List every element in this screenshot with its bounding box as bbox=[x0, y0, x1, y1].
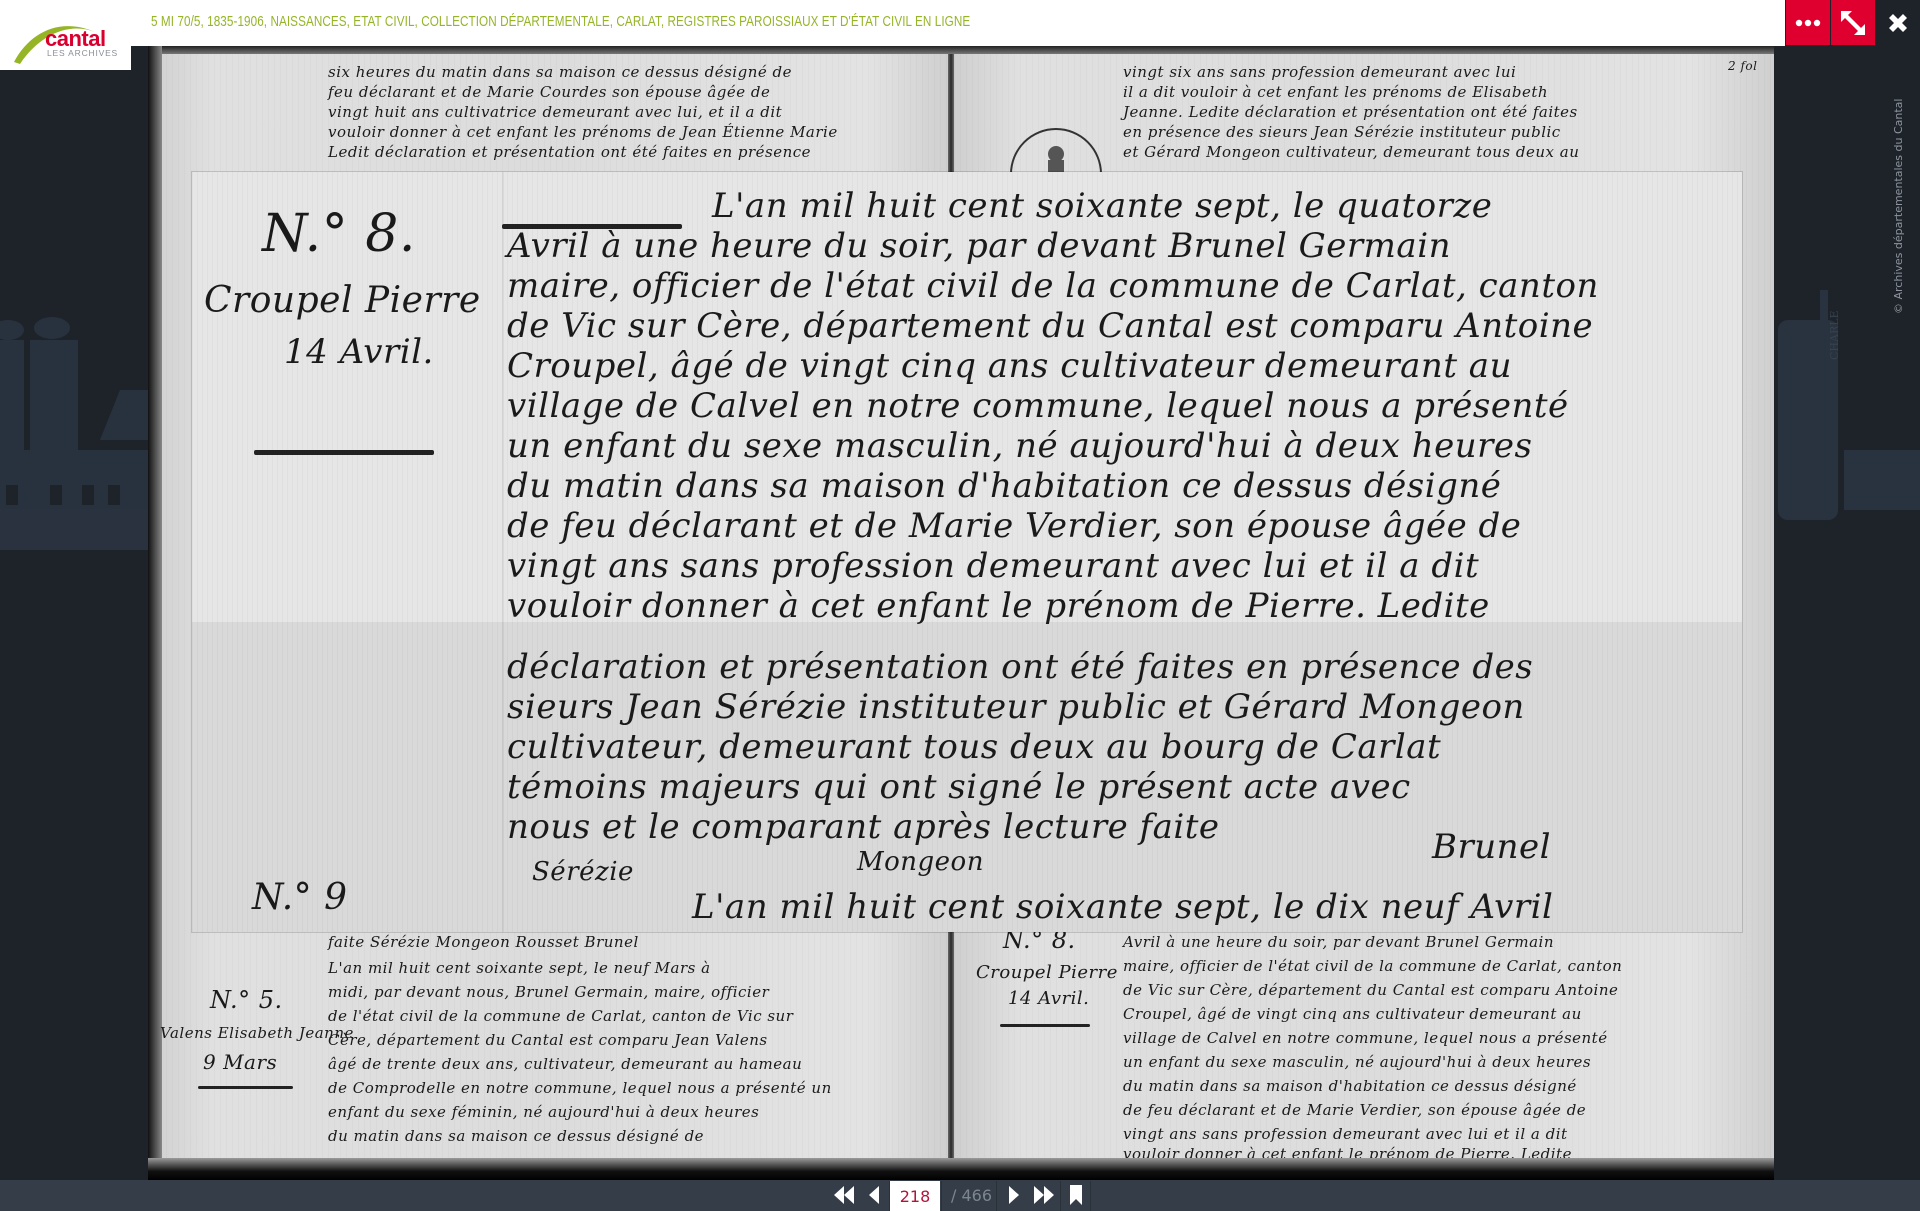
handwritten-line: enfant du sexe féminin, né aujourd'hui à… bbox=[328, 1102, 759, 1122]
ellipsis-icon bbox=[1795, 19, 1821, 27]
handwritten-line: maire, officier de l'état civil de la co… bbox=[1123, 956, 1622, 976]
entry-name: Valens Elisabeth Jeanne bbox=[160, 1024, 354, 1042]
inset-line: L'an mil huit cent soixante sept, le qua… bbox=[712, 186, 1492, 226]
handwritten-line: vingt ans sans profession demeurant avec… bbox=[1123, 1124, 1568, 1144]
more-options-button[interactable] bbox=[1786, 0, 1830, 45]
close-button[interactable] bbox=[1876, 0, 1920, 45]
separator bbox=[1090, 1181, 1091, 1211]
handwritten-line: Jeanne. Ledite déclaration et présentati… bbox=[1123, 102, 1578, 122]
magnified-region-overlay[interactable]: N.° 8. Croupel Pierre 14 Avril. L'an mil… bbox=[192, 172, 1742, 932]
handwritten-line: vingt huit ans cultivatrice demeurant av… bbox=[328, 102, 782, 122]
handwritten-line: de l'état civil de la commune de Carlat,… bbox=[328, 1006, 793, 1026]
background-watermark-illustration bbox=[0, 200, 148, 580]
page-top-edge bbox=[148, 46, 1774, 54]
handwritten-line: de feu déclarant et de Marie Verdier, so… bbox=[1123, 1100, 1586, 1120]
page-left-edge bbox=[148, 46, 162, 1180]
first-page-button[interactable] bbox=[830, 1182, 858, 1208]
inset-line: de Vic sur Cère, département du Cantal e… bbox=[507, 306, 1593, 346]
entry-name: Croupel Pierre bbox=[976, 962, 1118, 983]
handwritten-line: un enfant du sexe masculin, né aujourd'h… bbox=[1123, 1052, 1591, 1072]
chevron-left-icon bbox=[868, 1186, 880, 1204]
handwritten-line: âgé de trente deux ans, cultivateur, dem… bbox=[328, 1054, 802, 1074]
header-bar: 5 MI 70/5, 1835-1906, NAISSANCES, ETAT C… bbox=[0, 0, 1785, 46]
entry-number: N.° 5. bbox=[210, 986, 283, 1014]
inset-line: Croupel, âgé de vingt cinq ans cultivate… bbox=[507, 346, 1512, 386]
margin-rule bbox=[198, 1086, 293, 1089]
entry-date: 9 Mars bbox=[203, 1050, 277, 1074]
handwritten-line: et Gérard Mongeon cultivateur, demeurant… bbox=[1123, 142, 1579, 162]
entry-date: 14 Avril. bbox=[1008, 988, 1089, 1009]
document-image-viewer[interactable]: six heures du matin dans sa maison ce de… bbox=[148, 46, 1774, 1180]
svg-text:CHARLE: CHARLE bbox=[1828, 310, 1841, 360]
margin-divider bbox=[502, 172, 504, 932]
handwritten-line: Cère, département du Cantal est comparu … bbox=[328, 1030, 768, 1050]
handwritten-line: faite Sérézie Mongeon Rousset Brunel bbox=[328, 932, 639, 952]
signature: Mongeon bbox=[857, 847, 984, 877]
inset-line: sieurs Jean Sérézie instituteur public e… bbox=[507, 687, 1525, 727]
inset-line: un enfant du sexe masculin, né aujourd'h… bbox=[507, 426, 1532, 466]
inset-line: déclaration et présentation ont été fait… bbox=[507, 647, 1533, 687]
background-watermark-statue: CHARLE bbox=[1774, 290, 1920, 550]
cantal-archives-logo[interactable]: cantal LES ARCHIVES bbox=[0, 0, 131, 70]
inset-line: de feu déclarant et de Marie Verdier, so… bbox=[507, 506, 1521, 546]
archive-viewer-app: 5 MI 70/5, 1835-1906, NAISSANCES, ETAT C… bbox=[0, 0, 1920, 1211]
chevron-right-icon bbox=[1008, 1186, 1020, 1204]
bookmark-button[interactable] bbox=[1062, 1182, 1090, 1208]
expand-arrows-icon bbox=[1839, 9, 1867, 37]
inset-line: nous et le comparant après lecture faite bbox=[507, 807, 1220, 847]
double-chevron-right-icon bbox=[1032, 1186, 1056, 1204]
inset-entry-date: 14 Avril. bbox=[284, 332, 434, 372]
handwritten-line: Ledit déclaration et présentation ont ét… bbox=[328, 142, 811, 162]
handwritten-line: en présence des sieurs Jean Sérézie inst… bbox=[1123, 122, 1561, 142]
folio-mark: 2 fol bbox=[1728, 56, 1757, 76]
inset-line: village de Calvel en notre commune, lequ… bbox=[507, 386, 1569, 426]
handwritten-line: du matin dans sa maison d'habitation ce … bbox=[1123, 1076, 1577, 1096]
margin-rule bbox=[1000, 1024, 1090, 1027]
inset-line: du matin dans sa maison d'habitation ce … bbox=[507, 466, 1501, 506]
total-pages-label: / 466 bbox=[951, 1186, 992, 1205]
handwritten-line: L'an mil huit cent soixante sept, le neu… bbox=[328, 958, 711, 978]
separator bbox=[1060, 1181, 1061, 1211]
double-chevron-left-icon bbox=[832, 1186, 856, 1204]
inset-line: vingt ans sans profession demeurant avec… bbox=[507, 546, 1479, 586]
handwritten-line: midi, par devant nous, Brunel Germain, m… bbox=[328, 982, 769, 1002]
handwritten-line: il a dit vouloir à cet enfant les prénom… bbox=[1123, 82, 1548, 102]
page-bottom-edge bbox=[148, 1158, 1774, 1180]
close-x-icon bbox=[1886, 11, 1910, 35]
inset-line: témoins majeurs qui ont signé le présent… bbox=[507, 767, 1411, 807]
inset-entry-name: Croupel Pierre bbox=[204, 280, 481, 321]
margin-rule bbox=[254, 450, 434, 455]
handwritten-line: village de Calvel en notre commune, lequ… bbox=[1123, 1028, 1608, 1048]
signature: Sérézie bbox=[532, 857, 634, 887]
bookmark-icon bbox=[1070, 1185, 1082, 1205]
handwritten-line: de Vic sur Cère, département du Cantal e… bbox=[1123, 980, 1618, 1000]
handwritten-line: vouloir donner à cet enfant les prénoms … bbox=[328, 122, 838, 142]
handwritten-line: six heures du matin dans sa maison ce de… bbox=[328, 62, 792, 82]
copyright-notice: © Archives départementales du Cantal bbox=[1892, 99, 1905, 314]
handwritten-line: Avril à une heure du soir, par devant Br… bbox=[1123, 932, 1554, 952]
separator bbox=[941, 1181, 942, 1211]
inset-line: maire, officier de l'état civil de la co… bbox=[507, 266, 1599, 306]
current-page-input[interactable] bbox=[890, 1181, 940, 1211]
inset-line: cultivateur, demeurant tous deux au bour… bbox=[507, 727, 1441, 767]
last-page-button[interactable] bbox=[1030, 1182, 1058, 1208]
fullscreen-button[interactable] bbox=[1831, 0, 1875, 45]
document-title: 5 MI 70/5, 1835-1906, NAISSANCES, ETAT C… bbox=[151, 13, 970, 30]
inset-line: vouloir donner à cet enfant le prénom de… bbox=[507, 586, 1490, 626]
handwritten-line: de Comprodelle en notre commune, lequel … bbox=[328, 1078, 832, 1098]
previous-page-button[interactable] bbox=[860, 1182, 888, 1208]
inset-line: Avril à une heure du soir, par devant Br… bbox=[507, 226, 1451, 266]
inset-line: L'an mil huit cent soixante sept, le dix… bbox=[692, 887, 1553, 927]
inset-next-entry-number: N.° 9 bbox=[252, 877, 348, 918]
handwritten-line: du matin dans sa maison ce dessus désign… bbox=[328, 1126, 704, 1146]
next-page-button[interactable] bbox=[1000, 1182, 1028, 1208]
handwritten-line: vingt six ans sans profession demeurant … bbox=[1123, 62, 1516, 82]
official-stamp-seal bbox=[1006, 124, 1106, 174]
handwritten-line: feu déclarant et de Marie Courdes son ép… bbox=[328, 82, 770, 102]
handwritten-line: Croupel, âgé de vingt cinq ans cultivate… bbox=[1123, 1004, 1582, 1024]
signature: Brunel bbox=[1432, 827, 1551, 867]
inset-entry-number: N.° 8. bbox=[262, 204, 416, 264]
logo-subtitle: LES ARCHIVES bbox=[47, 48, 118, 58]
separator bbox=[996, 1181, 997, 1211]
